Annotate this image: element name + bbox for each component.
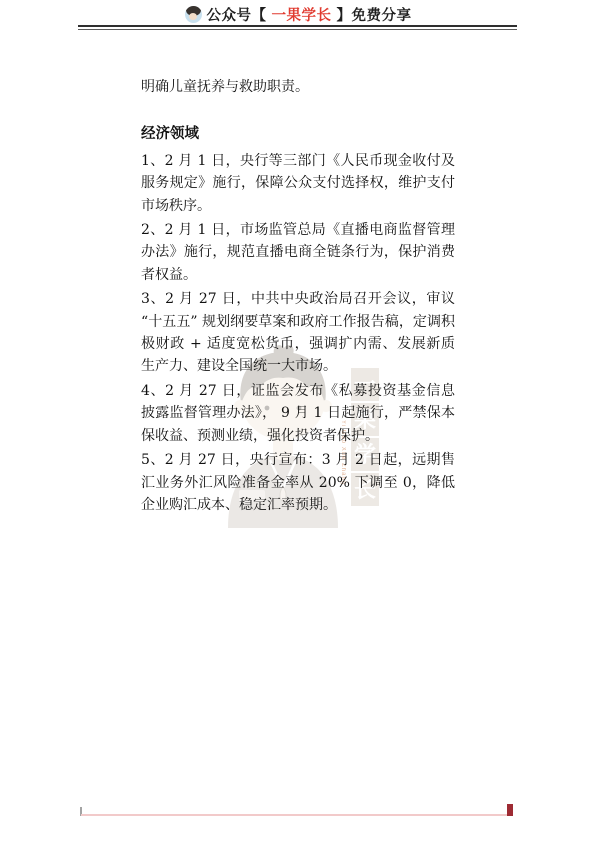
header-text-suffix: 】免费分享 <box>337 4 412 25</box>
header-divider-rule <box>78 25 517 30</box>
news-item-5: 5、2 月 27 日，央行宣布：3 月 2 日起，远期售汇业务外汇风险准备金率从… <box>141 449 455 516</box>
footer-accent-block <box>507 804 513 816</box>
header-text-highlight: 一果学长 <box>272 4 332 25</box>
avatar-face <box>189 13 197 20</box>
page-header: 公众号【一果学长】免费分享 <box>0 3 596 25</box>
news-item-3: 3、2 月 27 日，中共中央政治局召开会议，审议 “十五五” 规划纲要草案和政… <box>141 288 455 378</box>
document-body: 明确儿童抚养与救助职责。 经济领域 1、2 月 1 日，央行等三部门《人民币现金… <box>141 76 455 518</box>
header-text-prefix: 公众号【 <box>207 4 267 25</box>
news-item-4: 4、2 月 27 日，证监会发布《私募投资基金信息披露监督管理办法》， 9 月 … <box>141 380 455 447</box>
paragraph-continuation: 明确儿童抚养与救助职责。 <box>141 76 455 98</box>
news-item-2: 2、2 月 1 日，市场监管总局《直播电商监督管理办法》施行，规范直播电商全链条… <box>141 219 455 286</box>
cartoon-boy-avatar-icon <box>185 6 202 23</box>
news-item-1: 1、2 月 1 日，央行等三部门《人民币现金收付及服务规定》施行，保障公众支付选… <box>141 150 455 217</box>
document-page: 公众号【一果学长】免费分享 一 果 学 长 Yi Guo Xue Zhang 明… <box>0 0 596 842</box>
section-heading: 经济领域 <box>141 123 455 145</box>
footer-accent-line <box>81 814 508 816</box>
